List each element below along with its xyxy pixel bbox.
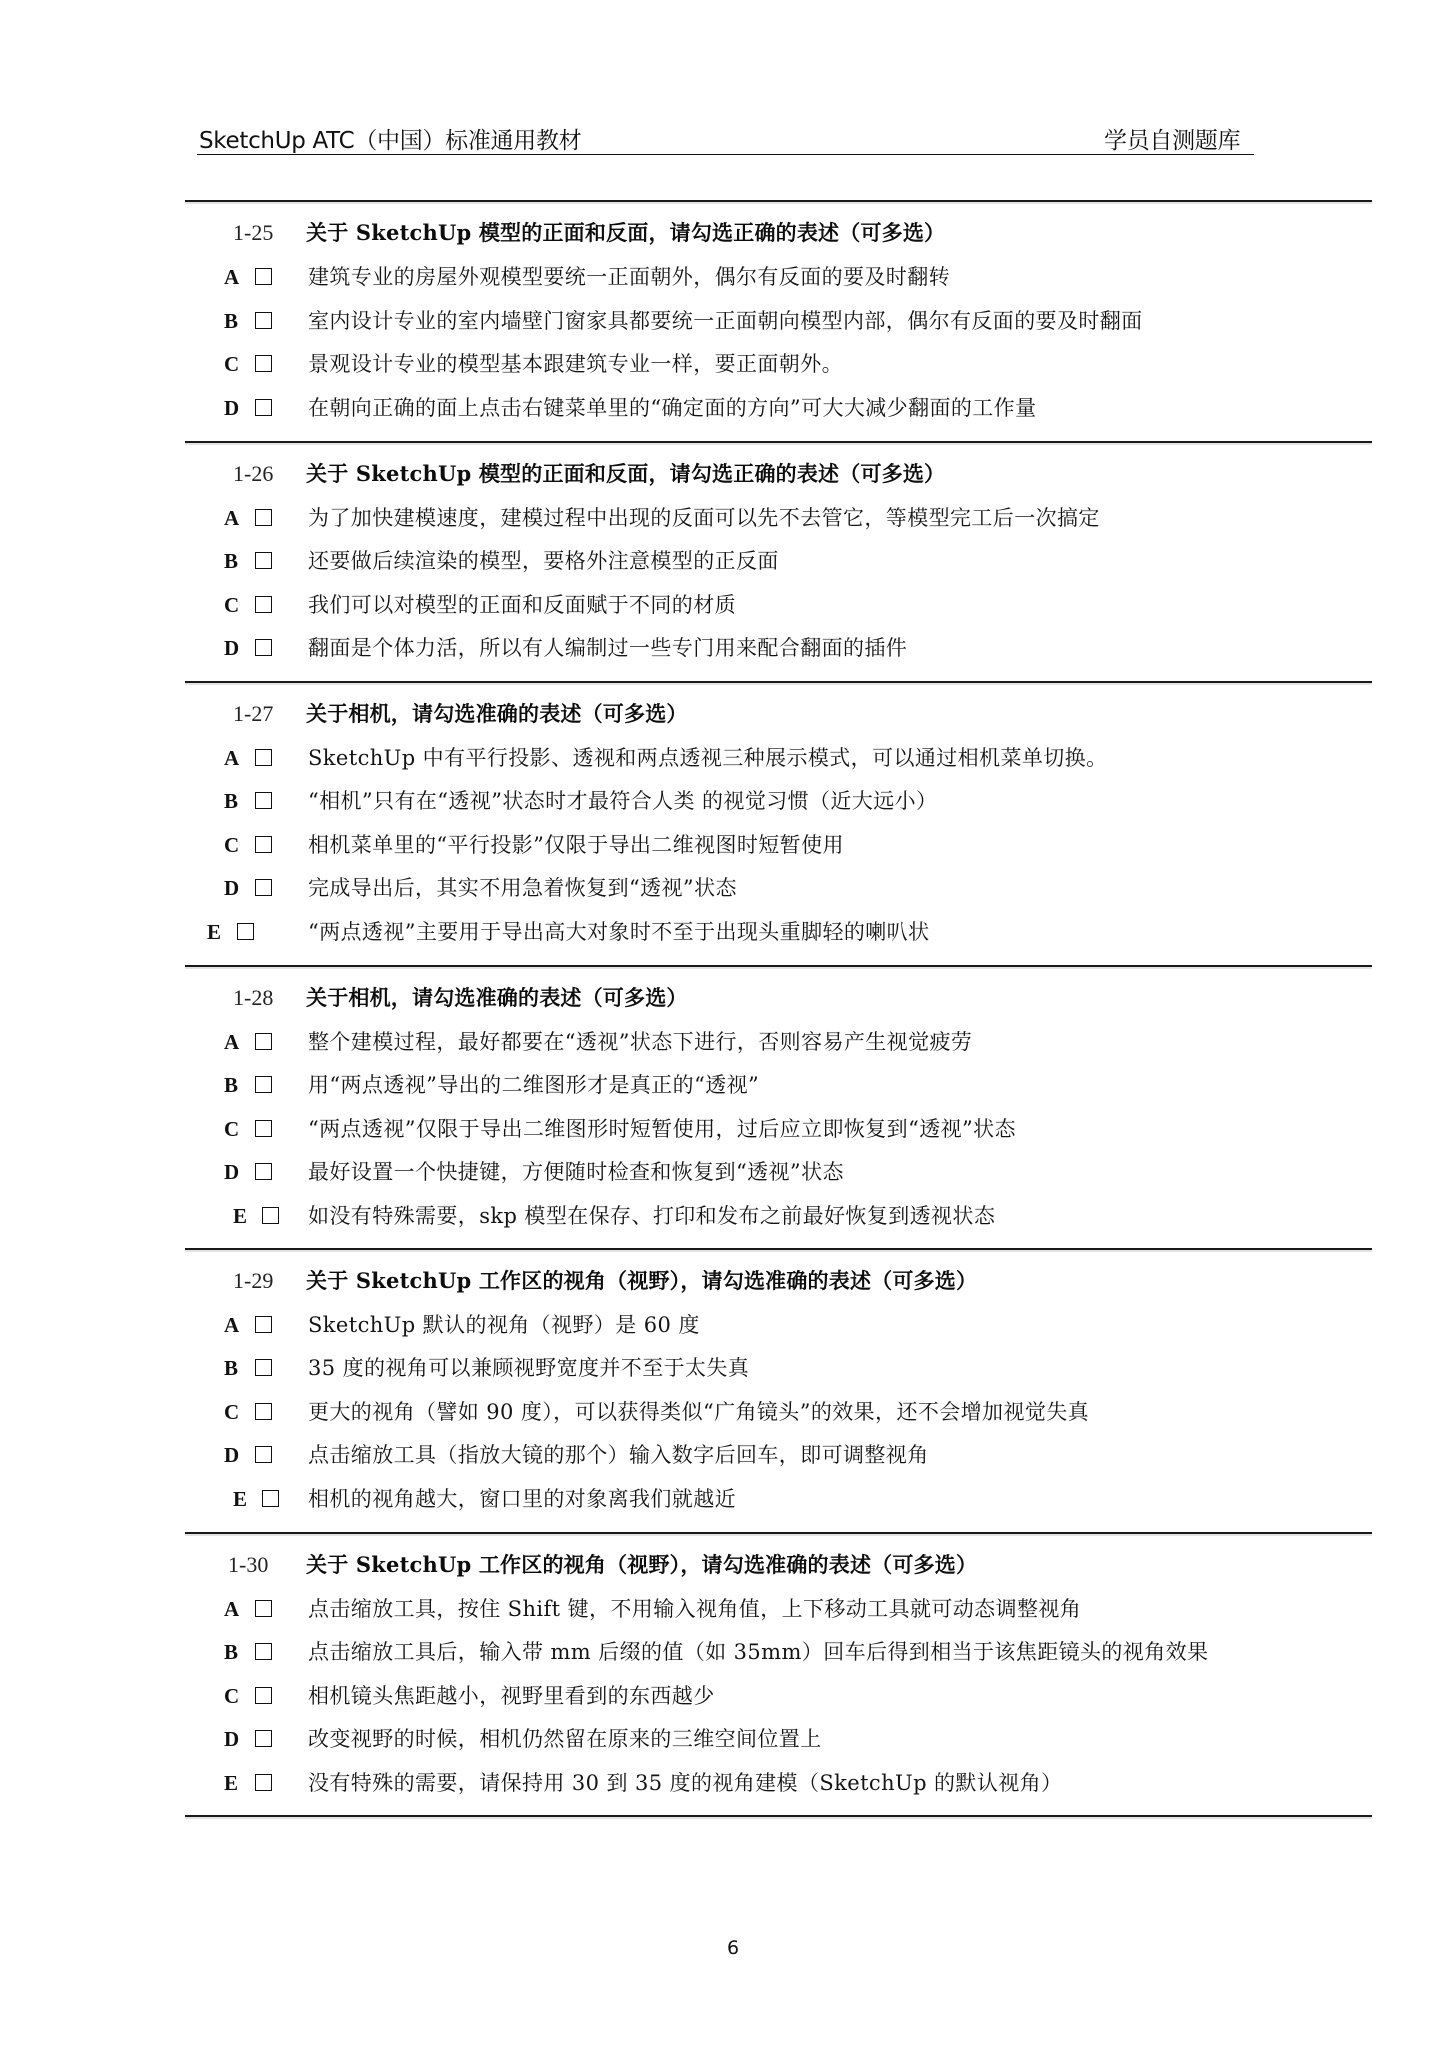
- checkbox[interactable]: [255, 596, 272, 613]
- checkbox[interactable]: [255, 1033, 272, 1050]
- question-number: 1-30: [228, 1543, 268, 1587]
- question-divider: [185, 965, 1372, 967]
- checkbox[interactable]: [255, 1359, 272, 1376]
- option-text: 翻面是个体力活，所以有人编制过一些专门用来配合翻面的插件: [308, 626, 907, 670]
- option-text: 点击缩放工具，按住 Shift 键，不用输入视角值，上下移动工具就可动态调整视角: [308, 1587, 1081, 1631]
- option-letter: A: [224, 255, 240, 299]
- checkbox[interactable]: [255, 1687, 272, 1704]
- checkbox[interactable]: [255, 268, 272, 285]
- option-letter: B: [224, 299, 240, 343]
- question-number: 1-25: [233, 211, 273, 255]
- header-book-title: SketchUp ATC（中国）标准通用教材: [199, 126, 581, 156]
- checkbox[interactable]: [262, 1490, 279, 1507]
- checkbox[interactable]: [255, 355, 272, 372]
- option-text: 为了加快建模速度，建模过程中出现的反面可以先不去管它，等模型完工后一次搞定: [308, 496, 1100, 540]
- checkbox[interactable]: [237, 923, 254, 940]
- option-letter: D: [224, 1150, 240, 1194]
- checkbox[interactable]: [255, 509, 272, 526]
- checkbox[interactable]: [262, 1207, 279, 1224]
- question-divider: [185, 1532, 1372, 1534]
- option-letter: A: [224, 736, 240, 780]
- option-letter: E: [207, 910, 223, 954]
- option-text: 点击缩放工具后，输入带 mm 后缀的值（如 35mm）回车后得到相当于该焦距镜头…: [308, 1630, 1208, 1674]
- option-text: 景观设计专业的模型基本跟建筑专业一样，要正面朝外。: [308, 342, 843, 386]
- option-letter: D: [224, 626, 240, 670]
- header-section-title: 学员自测题库: [1104, 126, 1240, 156]
- checkbox[interactable]: [255, 312, 272, 329]
- header-underline: [197, 154, 1254, 155]
- option-letter: C: [224, 1674, 240, 1718]
- option-text: 相机菜单里的“平行投影”仅限于导出二维视图时短暂使用: [308, 823, 844, 867]
- question-number: 1-26: [233, 452, 273, 496]
- question-number: 1-27: [233, 692, 273, 736]
- checkbox[interactable]: [255, 1316, 272, 1333]
- option-text: 用“两点透视”导出的二维图形才是真正的“透视”: [308, 1063, 759, 1107]
- question-title: 关于 SketchUp 工作区的视角（视野），请勾选准确的表述（可多选）: [306, 1259, 977, 1303]
- option-text: 室内设计专业的室内墙壁门窗家具都要统一正面朝向模型内部，偶尔有反面的要及时翻面: [308, 299, 1143, 343]
- option-text: 在朝向正确的面上点击右键菜单里的“确定面的方向”可大大减少翻面的工作量: [308, 386, 1036, 430]
- question-title: 关于 SketchUp 工作区的视角（视野），请勾选准确的表述（可多选）: [306, 1543, 977, 1587]
- option-letter: D: [224, 1717, 240, 1761]
- checkbox[interactable]: [255, 1120, 272, 1137]
- question-title: 关于相机，请勾选准确的表述（可多选）: [306, 692, 688, 736]
- option-text: 相机的视角越大，窗口里的对象离我们就越近: [308, 1477, 736, 1521]
- checkbox[interactable]: [255, 399, 272, 416]
- option-text: 最好设置一个快捷键，方便随时检查和恢复到“透视”状态: [308, 1150, 844, 1194]
- option-letter: E: [233, 1477, 249, 1521]
- checkbox[interactable]: [255, 792, 272, 809]
- document-page: SketchUp ATC（中国）标准通用教材 学员自测题库 1-25 关于 Sk…: [0, 0, 1450, 2048]
- checkbox[interactable]: [255, 639, 272, 656]
- checkbox[interactable]: [255, 1163, 272, 1180]
- question-title: 关于 SketchUp 模型的正面和反面，请勾选正确的表述（可多选）: [306, 452, 945, 496]
- question-divider: [185, 200, 1372, 202]
- option-text: 整个建模过程，最好都要在“透视”状态下进行，否则容易产生视觉疲劳: [308, 1020, 972, 1064]
- option-text: SketchUp 中有平行投影、透视和两点透视三种展示模式，可以通过相机菜单切换…: [308, 736, 1107, 780]
- question-divider: [185, 1815, 1372, 1817]
- option-text: 建筑专业的房屋外观模型要统一正面朝外，偶尔有反面的要及时翻转: [308, 255, 950, 299]
- option-text: “相机”只有在“透视”状态时才最符合人类 的视觉习惯（近大远小）: [308, 779, 937, 823]
- option-letter: E: [224, 1761, 240, 1805]
- option-letter: A: [224, 1587, 240, 1631]
- checkbox[interactable]: [255, 1076, 272, 1093]
- question-number: 1-28: [233, 976, 273, 1020]
- option-text: 还要做后续渲染的模型，要格外注意模型的正反面: [308, 539, 779, 583]
- option-letter: C: [224, 1107, 240, 1151]
- option-letter: C: [224, 1390, 240, 1434]
- option-letter: A: [224, 496, 240, 540]
- option-text: 点击缩放工具（指放大镜的那个）输入数字后回车，即可调整视角: [308, 1433, 929, 1477]
- checkbox[interactable]: [255, 1403, 272, 1420]
- option-letter: B: [224, 1063, 240, 1107]
- option-letter: C: [224, 823, 240, 867]
- option-letter: A: [224, 1303, 240, 1347]
- option-letter: A: [224, 1020, 240, 1064]
- option-text: 完成导出后，其实不用急着恢复到“透视”状态: [308, 866, 737, 910]
- question-title: 关于相机，请勾选准确的表述（可多选）: [306, 976, 688, 1020]
- option-text: 35 度的视角可以兼顾视野宽度并不至于太失真: [308, 1346, 749, 1390]
- option-letter: D: [224, 1433, 240, 1477]
- option-text: 如没有特殊需要，skp 模型在保存、打印和发布之前最好恢复到透视状态: [308, 1194, 995, 1238]
- option-letter: E: [233, 1194, 249, 1238]
- checkbox[interactable]: [255, 552, 272, 569]
- option-letter: B: [224, 539, 240, 583]
- question-divider: [185, 1248, 1372, 1250]
- checkbox[interactable]: [255, 1446, 272, 1463]
- question-title: 关于 SketchUp 模型的正面和反面，请勾选正确的表述（可多选）: [306, 211, 945, 255]
- option-letter: D: [224, 386, 240, 430]
- checkbox[interactable]: [255, 1730, 272, 1747]
- option-text: “两点透视”仅限于导出二维图形时短暂使用，过后应立即恢复到“透视”状态: [308, 1107, 1016, 1151]
- checkbox[interactable]: [255, 1774, 272, 1791]
- checkbox[interactable]: [255, 1600, 272, 1617]
- option-letter: B: [224, 1346, 240, 1390]
- option-letter: C: [224, 583, 240, 627]
- checkbox[interactable]: [255, 879, 272, 896]
- option-letter: D: [224, 866, 240, 910]
- question-number: 1-29: [233, 1259, 273, 1303]
- question-divider: [185, 441, 1372, 443]
- checkbox[interactable]: [255, 749, 272, 766]
- question-divider: [185, 681, 1372, 683]
- option-letter: C: [224, 342, 240, 386]
- option-text: 没有特殊的需要，请保持用 30 到 35 度的视角建模（SketchUp 的默认…: [308, 1761, 1062, 1805]
- checkbox[interactable]: [255, 1643, 272, 1660]
- option-text: 更大的视角（譬如 90 度），可以获得类似“广角镜头”的效果，还不会增加视觉失真: [308, 1390, 1089, 1434]
- option-text: 相机镜头焦距越小，视野里看到的东西越少: [308, 1674, 715, 1718]
- option-text: 我们可以对模型的正面和反面赋于不同的材质: [308, 583, 736, 627]
- option-text: “两点透视”主要用于导出高大对象时不至于出现头重脚轻的喇叭状: [308, 910, 929, 954]
- checkbox[interactable]: [255, 836, 272, 853]
- page-number: 6: [722, 1934, 744, 1962]
- option-text: SketchUp 默认的视角（视野）是 60 度: [308, 1303, 700, 1347]
- option-letter: B: [224, 1630, 240, 1674]
- option-text: 改变视野的时候，相机仍然留在原来的三维空间位置上: [308, 1717, 822, 1761]
- option-letter: B: [224, 779, 240, 823]
